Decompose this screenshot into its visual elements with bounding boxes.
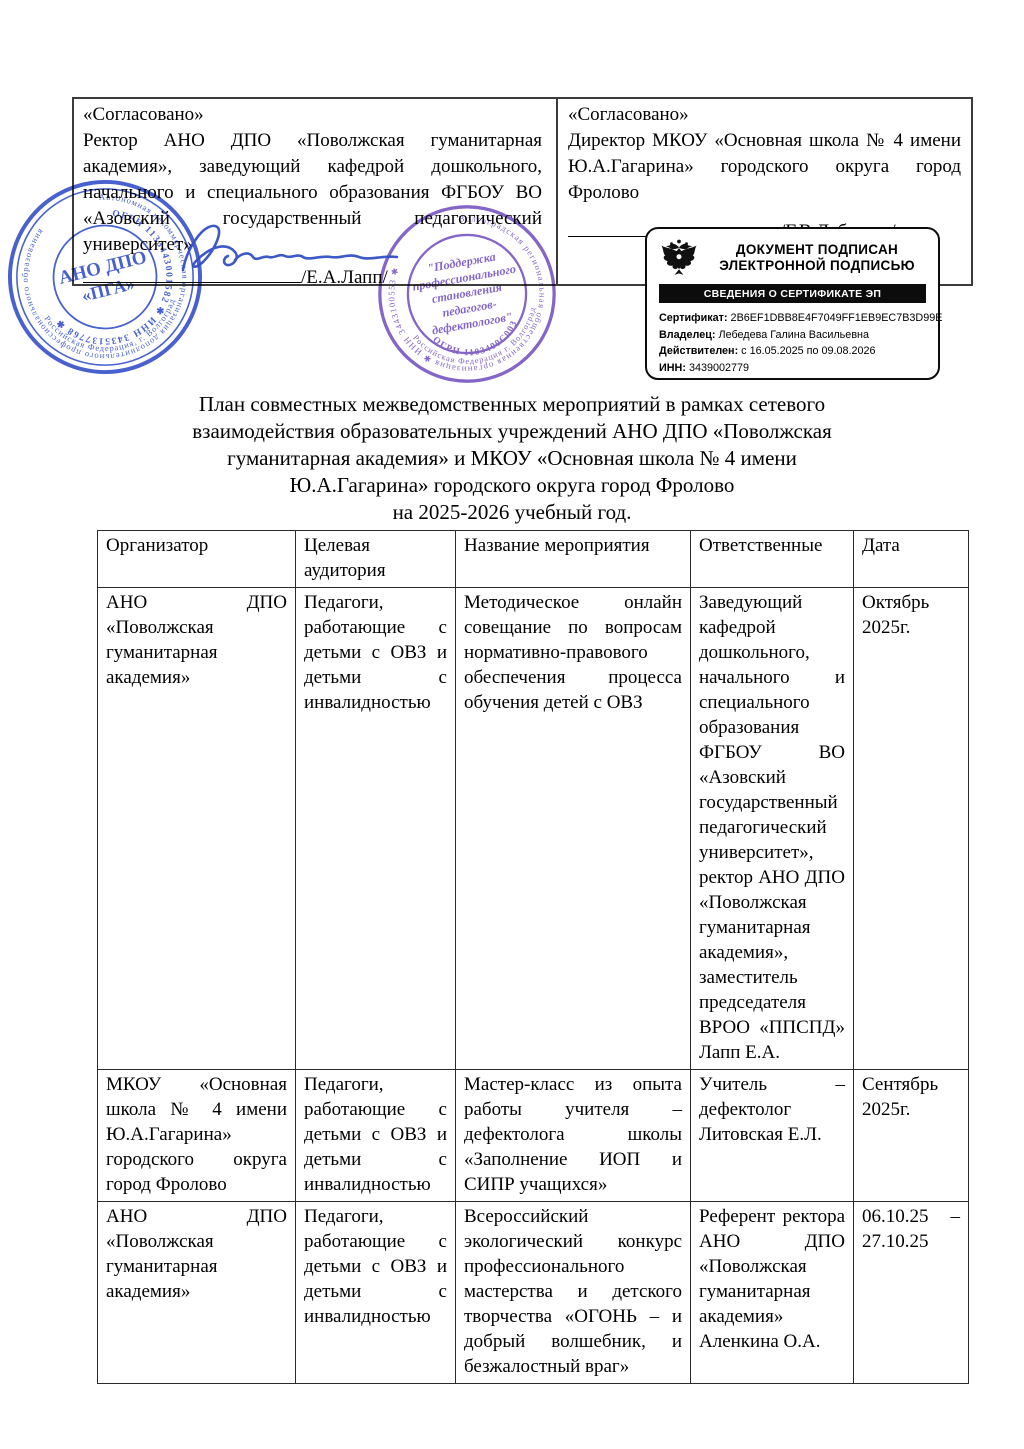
esign-title-line2: ЭЛЕКТРОННОЙ ПОДПИСЬЮ: [708, 258, 926, 274]
cell-audience: Педагоги, работающие с детьми с ОВЗ и де…: [296, 1070, 456, 1202]
double-headed-eagle-icon: [659, 238, 699, 278]
col-header-date: Дата: [854, 531, 969, 588]
field-label: Действителен:: [659, 345, 738, 357]
document-title: План совместных межведомственных меропри…: [100, 391, 924, 526]
approval-left-heading: «Согласовано»: [83, 102, 542, 128]
title-line: взаимодействия образовательных учреждени…: [100, 418, 924, 445]
esign-certificate-bar: СВЕДЕНИЯ О СЕРТИФИКАТЕ ЭП: [659, 284, 926, 303]
esign-field-owner: Владелец: Лебедева Галина Васильевна: [659, 327, 926, 344]
cell-responsible: Референт ректора АНО ДПО «Поволжская гум…: [691, 1202, 854, 1384]
field-label: ИНН:: [659, 362, 686, 374]
title-line: План совместных межведомственных меропри…: [100, 391, 924, 418]
cell-responsible: Учитель – дефектолог Литовская Е.Л.: [691, 1070, 854, 1202]
document-page: «Согласовано» Ректор АНО ДПО «Поволжская…: [0, 0, 1024, 1449]
cell-date: Октябрь 2025г.: [854, 588, 969, 1070]
field-value: с 16.05.2025 по 09.08.2026: [738, 345, 875, 357]
col-header-responsible: Ответственные: [691, 531, 854, 588]
cell-organizer: МКОУ «Основная школа № 4 имени Ю.А.Гагар…: [98, 1070, 296, 1202]
esign-title: ДОКУМЕНТ ПОДПИСАН ЭЛЕКТРОННОЙ ПОДПИСЬЮ: [708, 242, 926, 274]
cell-date: Сентябрь 2025г.: [854, 1070, 969, 1202]
field-value: Лебедева Галина Васильевна: [715, 329, 869, 341]
cell-event: Всероссийский экологический конкурс проф…: [456, 1202, 691, 1384]
cell-organizer: АНО ДПО «Поволжская гуманитарная академи…: [98, 1202, 296, 1384]
cell-responsible: Заведующий кафедрой дошкольного, начальн…: [691, 588, 854, 1070]
cell-event: Методическое онлайн совещание по вопроса…: [456, 588, 691, 1070]
cell-event: Мастер-класс из опыта работы учителя – д…: [456, 1070, 691, 1202]
field-value: 3439002779: [686, 362, 749, 374]
handwritten-signature: [173, 218, 421, 282]
esign-field-inn: ИНН: 3439002779: [659, 360, 926, 377]
cell-audience: Педагоги, работающие с детьми с ОВЗ и де…: [296, 588, 456, 1070]
title-line: на 2025-2026 учебный год.: [100, 499, 924, 526]
esign-certificate-block: ДОКУМЕНТ ПОДПИСАН ЭЛЕКТРОННОЙ ПОДПИСЬЮ С…: [645, 227, 940, 380]
esign-field-certificate: Сертификат: 2B6EF1DBB8E4F7049FF1EB9EC7B3…: [659, 310, 926, 327]
esign-field-validity: Действителен: с 16.05.2025 по 09.08.2026: [659, 343, 926, 360]
table-row: АНО ДПО «Поволжская гуманитарная академи…: [98, 1202, 969, 1384]
table-header-row: Организатор Целевая аудитория Название м…: [98, 531, 969, 588]
title-line: гуманитарная академия» и МКОУ «Основная …: [100, 445, 924, 472]
col-header-event: Название мероприятия: [456, 531, 691, 588]
col-header-audience: Целевая аудитория: [296, 531, 456, 588]
approval-right-heading: «Согласовано»: [568, 102, 961, 128]
cell-audience: Педагоги, работающие с детьми с ОВЗ и де…: [296, 1202, 456, 1384]
approval-right-body: Директор МКОУ «Основная школа № 4 имени …: [568, 128, 961, 206]
table-row: АНО ДПО «Поволжская гуманитарная академи…: [98, 588, 969, 1070]
title-line: Ю.А.Гагарина» городского округа город Фр…: [100, 472, 924, 499]
field-label: Владелец:: [659, 329, 715, 341]
col-header-organizer: Организатор: [98, 531, 296, 588]
field-label: Сертификат:: [659, 312, 728, 324]
field-value: 2B6EF1DBB8E4F7049FF1EB9EC7B3D99E: [728, 312, 943, 324]
cell-date: 06.10.25 – 27.10.25: [854, 1202, 969, 1384]
table-row: МКОУ «Основная школа № 4 имени Ю.А.Гагар…: [98, 1070, 969, 1202]
events-plan-table: Организатор Целевая аудитория Название м…: [97, 530, 969, 1384]
cell-organizer: АНО ДПО «Поволжская гуманитарная академи…: [98, 588, 296, 1070]
esign-header: ДОКУМЕНТ ПОДПИСАН ЭЛЕКТРОННОЙ ПОДПИСЬЮ: [659, 238, 926, 278]
esign-title-line1: ДОКУМЕНТ ПОДПИСАН: [708, 242, 926, 258]
